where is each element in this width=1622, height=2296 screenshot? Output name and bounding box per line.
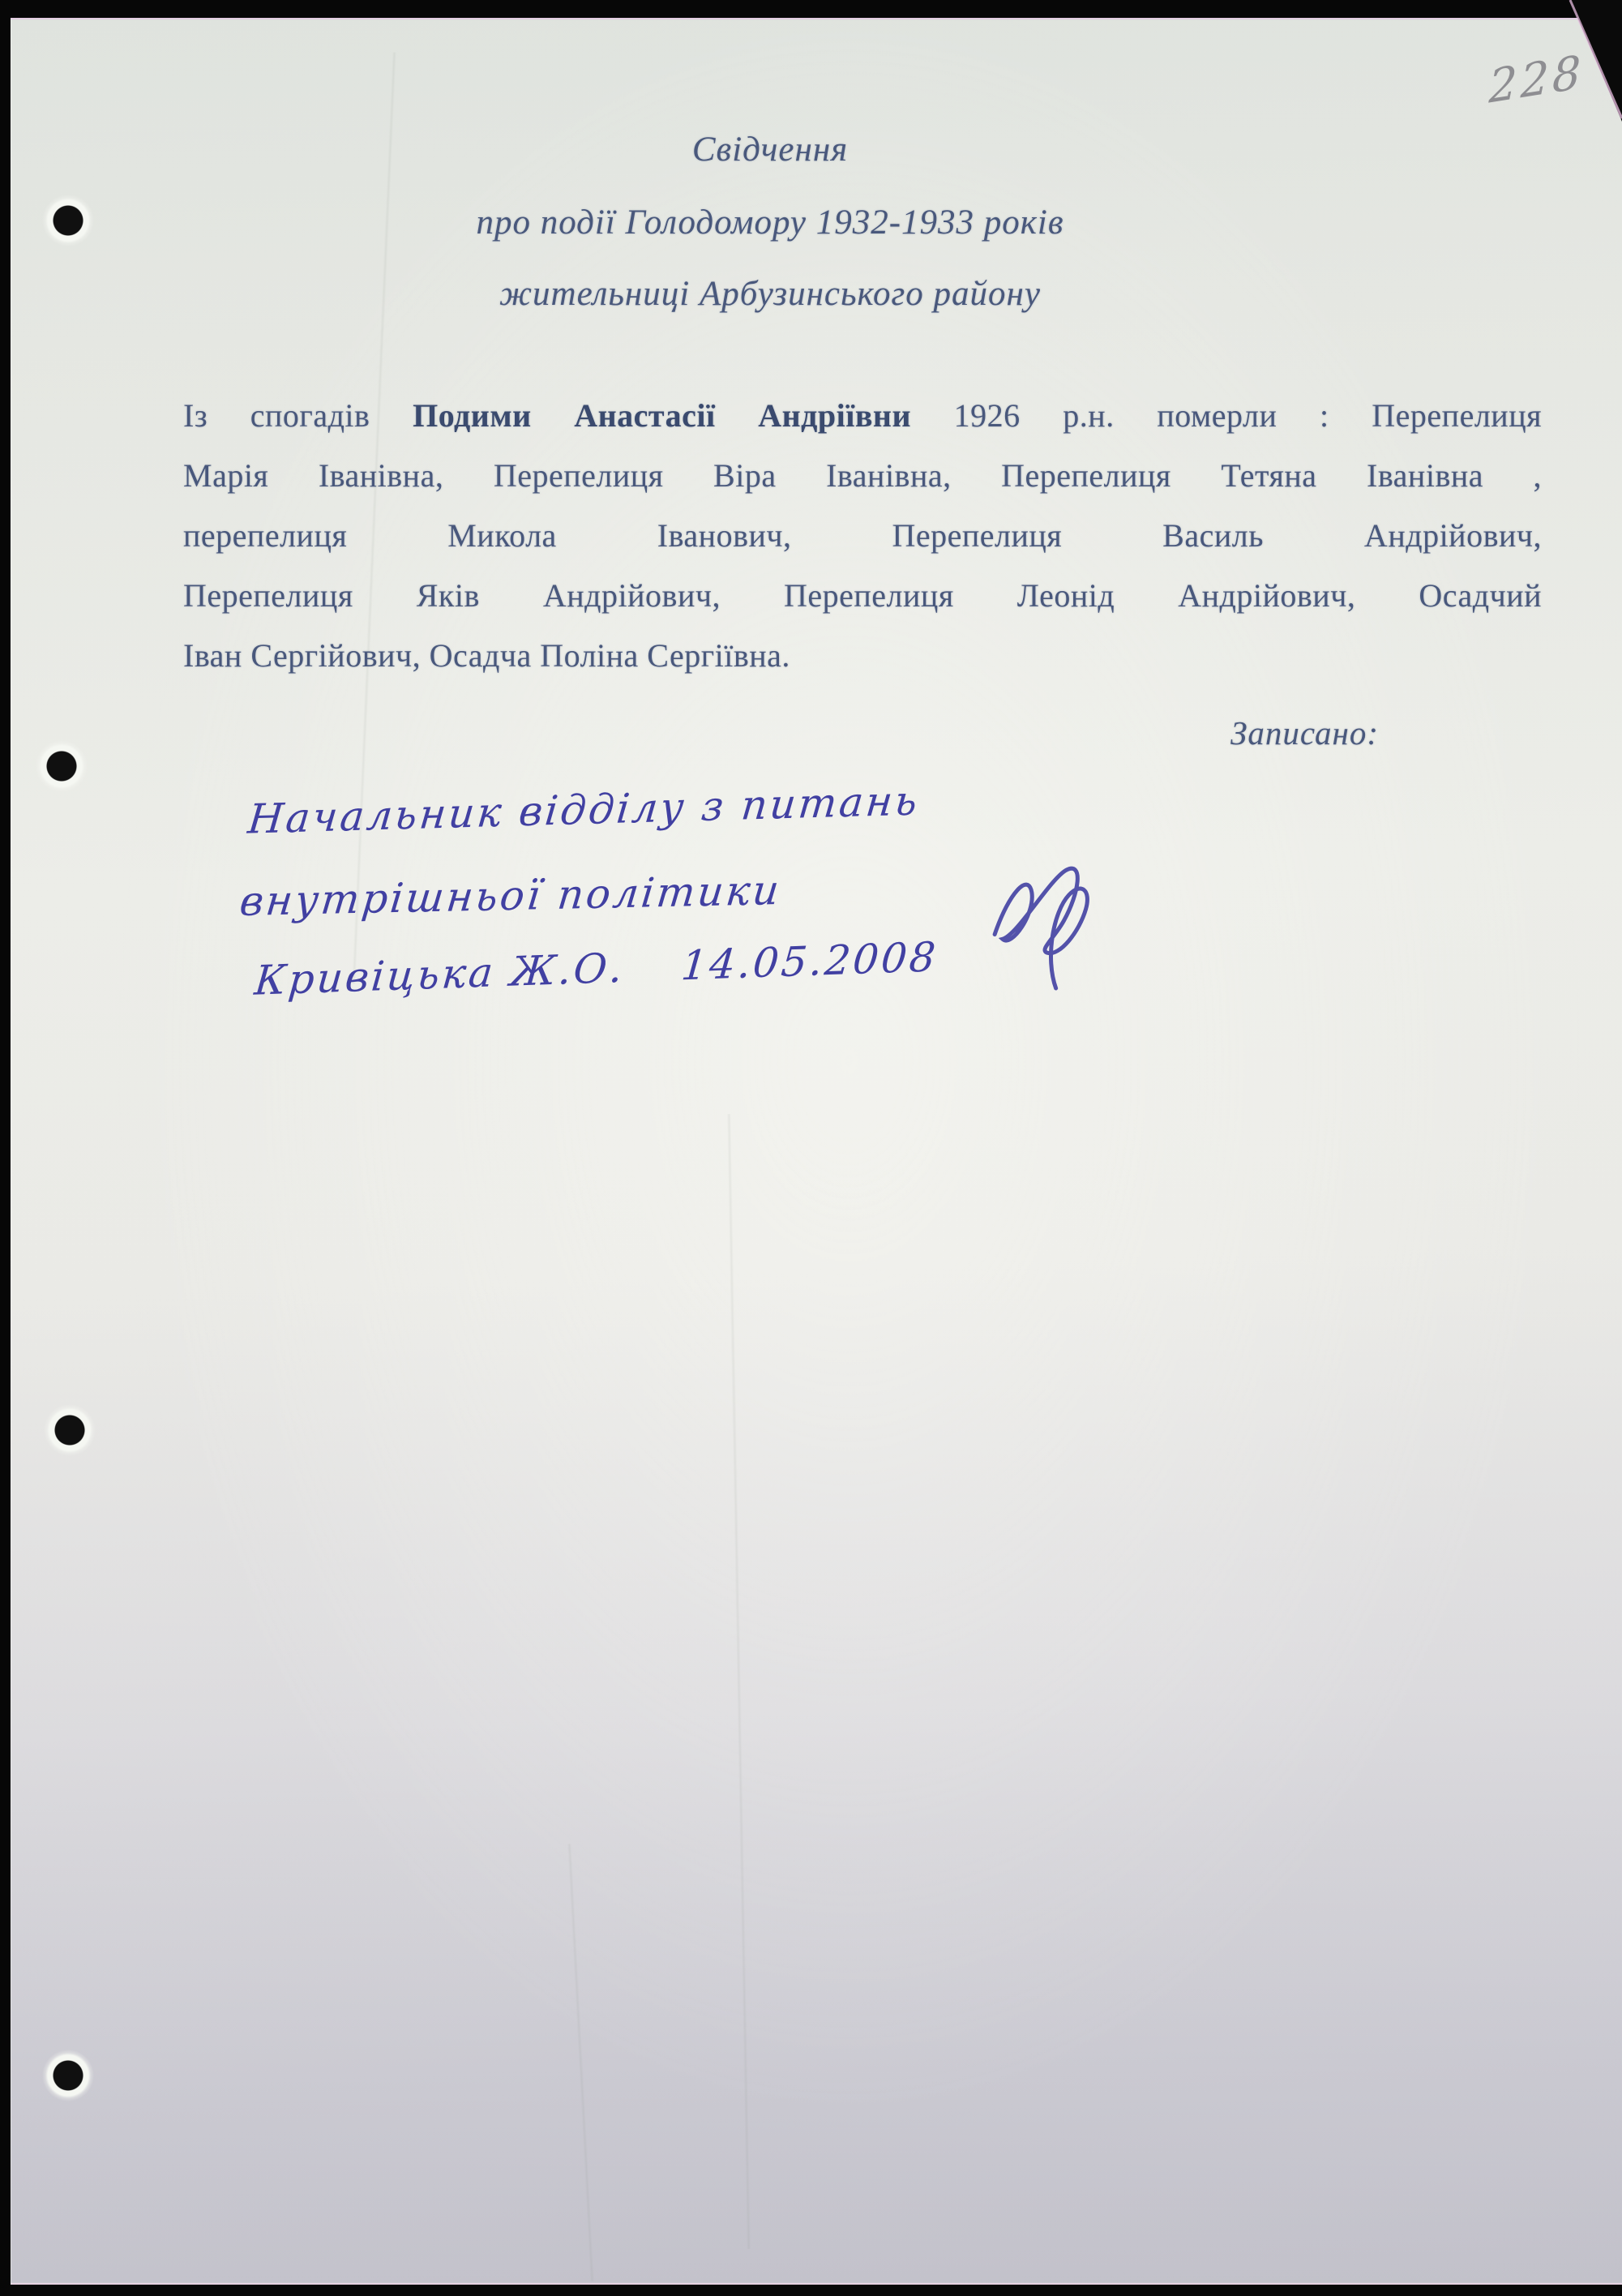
punch-hole bbox=[36, 740, 88, 792]
witness-name: Подими Анастасії Андріївни bbox=[413, 397, 911, 434]
testimony-line: Із спогадів Подими Анастасії Андріївни 1… bbox=[183, 386, 1542, 446]
signature bbox=[973, 848, 1120, 1003]
paper-corner-shadow bbox=[1562, 0, 1622, 122]
testimony-line1-rest: 1926 р.н. померли : Перепелиця bbox=[911, 397, 1542, 434]
recorded-by-label: Записано: bbox=[1230, 713, 1379, 752]
handwritten-position-line2: внутрішньої політики bbox=[238, 867, 784, 925]
testimony-line: Перепелиця Яків Андрійович, Перепелиця Л… bbox=[183, 566, 1542, 626]
testimony-line: Марія Іванівна, Перепелиця Віра Іванівна… bbox=[183, 446, 1542, 506]
document-page: 228 Свідчення про події Голодомору 1932-… bbox=[11, 18, 1622, 2285]
punch-hole bbox=[42, 2050, 94, 2101]
testimony-intro: Із спогадів bbox=[183, 397, 413, 434]
scan-background: { "page_number": "228", "title": { "line… bbox=[0, 0, 1622, 2296]
punch-hole bbox=[44, 1404, 96, 1456]
document-title-line1: Свідчення bbox=[11, 130, 1529, 169]
testimony-paragraph: Із спогадів Подими Анастасії Андріївни 1… bbox=[183, 386, 1542, 686]
document-title-line2: про події Голодомору 1932-1933 років bbox=[11, 203, 1529, 242]
signer-name: Кривіцька Ж.О. bbox=[253, 945, 627, 1004]
paper-crease bbox=[727, 1114, 751, 2249]
testimony-line: перепелиця Микола Іванович, Перепелиця В… bbox=[183, 506, 1542, 566]
document-title-line3: жительниці Арбузинського району bbox=[11, 274, 1529, 314]
handwritten-position-line1: Начальник відділу з питань bbox=[246, 777, 922, 842]
paper-crease bbox=[567, 1844, 594, 2281]
testimony-line: Іван Сергійович, Осадча Поліна Сергіївна… bbox=[183, 626, 1542, 686]
handwritten-date: 14.05.2008 bbox=[679, 933, 939, 989]
